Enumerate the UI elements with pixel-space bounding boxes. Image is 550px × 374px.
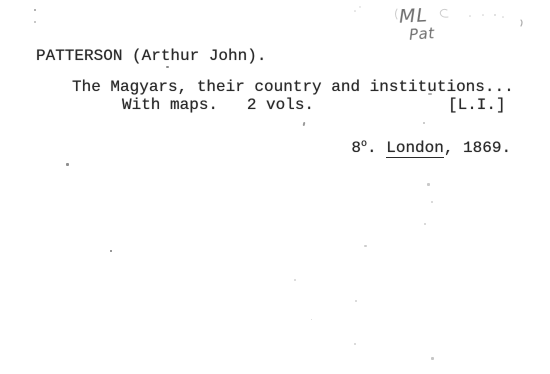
scan-speck [428, 93, 432, 95]
faint-pencil-scribble [350, 4, 530, 32]
scan-speck [303, 122, 306, 126]
author-heading: PATTERSON (Arthur John). [36, 48, 266, 64]
catalog-card: ML Pat PATTERSON (Arthur John). The Magy… [0, 0, 550, 374]
scan-speck [354, 343, 356, 345]
imprint-separator: . [367, 139, 386, 157]
scan-speck [166, 66, 169, 68]
scan-speck [294, 279, 296, 281]
scan-speck [34, 21, 36, 23]
scan-speck [423, 122, 425, 124]
format-superscript: o [361, 139, 367, 150]
imprint-date: , 1869. [444, 139, 511, 157]
shelfmark: [L.I.] [448, 97, 506, 113]
scan-speck [431, 201, 433, 203]
scan-speck [424, 223, 426, 225]
scan-speck [431, 357, 434, 360]
scan-speck [34, 9, 36, 11]
detail-line: With maps. 2 vols. [122, 97, 314, 113]
imprint-line: 8o. London, 1869. [313, 124, 511, 175]
format-size: 8 [351, 139, 361, 157]
scan-speck [66, 163, 69, 166]
scan-speck [311, 319, 312, 320]
scan-speck [355, 300, 357, 302]
title-line: The Magyars, their country and instituti… [72, 79, 514, 95]
scan-speck [427, 183, 430, 186]
scan-speck [110, 250, 112, 252]
imprint-place: London [386, 139, 444, 158]
scan-speck [364, 245, 367, 247]
